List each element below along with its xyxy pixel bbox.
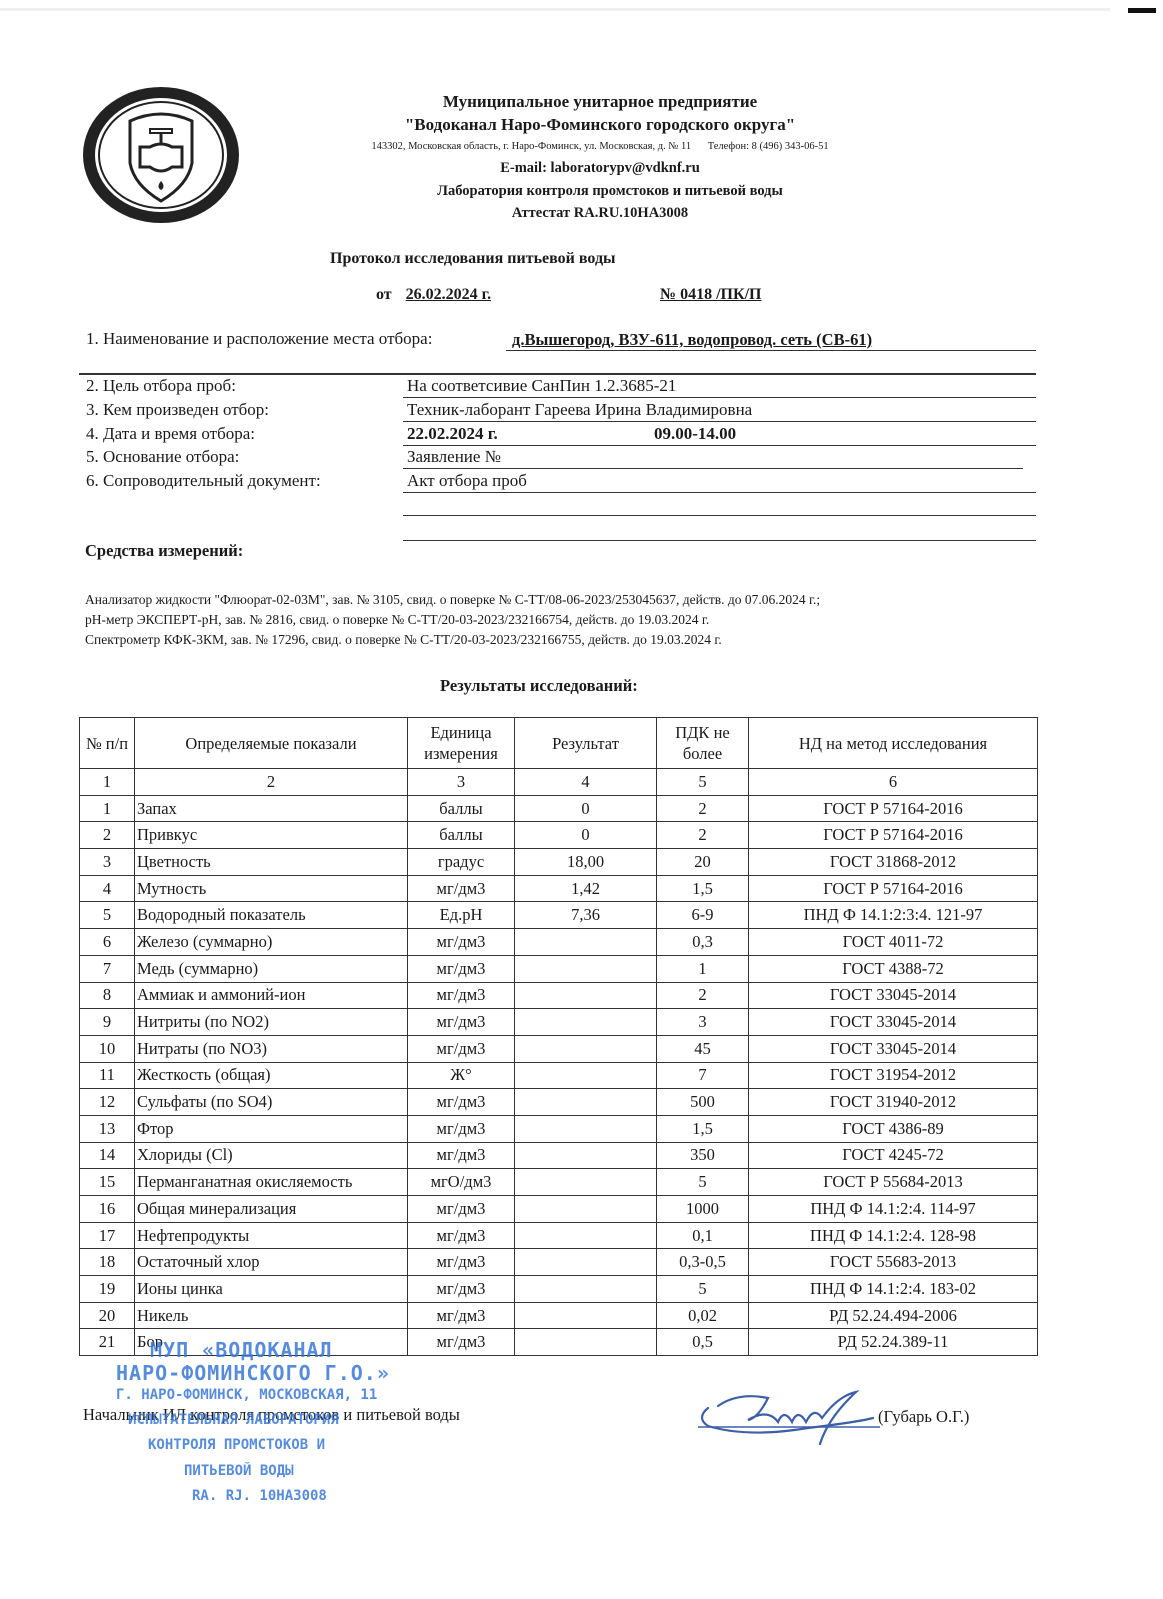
- unit: мг/дм3: [408, 929, 515, 956]
- stamp-text: ПИТЬЕВОЙ ВОДЫ: [184, 1463, 294, 1479]
- table-row: 4Мутностьмг/дм31,421,5ГОСТ Р 57164-2016: [80, 875, 1038, 902]
- unit: баллы: [408, 822, 515, 849]
- result-value: [515, 1249, 657, 1276]
- unit: мг/дм3: [408, 1249, 515, 1276]
- parameter-name: Медь (суммарно): [135, 955, 408, 982]
- result-value: [515, 1329, 657, 1356]
- unit: мг/дм3: [408, 1009, 515, 1036]
- row-number: 14: [80, 1142, 135, 1169]
- parameter-name: Привкус: [135, 822, 408, 849]
- table-row: 11Жесткость (общая)Ж°7ГОСТ 31954-2012: [80, 1062, 1038, 1089]
- limit-value: 45: [657, 1035, 749, 1062]
- col-header-result: Результат: [515, 718, 657, 769]
- method-standard: ГОСТ Р 55684-2013: [749, 1169, 1038, 1196]
- parameter-name: Общая минерализация: [135, 1196, 408, 1223]
- field-label-sampler: 3. Кем произведен отбор:: [86, 400, 269, 420]
- results-table: № п/п Определяемые показали Единица изме…: [79, 717, 1038, 1356]
- method-standard: РД 52.24.389-11: [749, 1329, 1038, 1356]
- row-number: 12: [80, 1089, 135, 1116]
- row-number: 7: [80, 955, 135, 982]
- method-standard: ПНД Ф 14.1:2:4. 114-97: [749, 1196, 1038, 1223]
- method-standard: ГОСТ 4386-89: [749, 1115, 1038, 1142]
- unit: баллы: [408, 795, 515, 822]
- field-underline: [403, 421, 1036, 422]
- method-standard: РД 52.24.494-2006: [749, 1302, 1038, 1329]
- limit-value: 500: [657, 1089, 749, 1116]
- limit-value: 2: [657, 822, 749, 849]
- result-value: [515, 1196, 657, 1223]
- col-header-method: НД на метод исследования: [749, 718, 1038, 769]
- sampling-place-label: 1. Наименование и расположение места отб…: [86, 329, 432, 349]
- field-underline: [506, 350, 1036, 351]
- measurement-instrument: pH-метр ЭКСПЕРТ-pH, зав. № 2816, свид. о…: [85, 610, 820, 630]
- field-label-basis: 5. Основание отбора:: [86, 447, 239, 467]
- parameter-name: Ионы цинка: [135, 1276, 408, 1303]
- field-value-purpose: На соответсивие СанПин 1.2.3685-21: [407, 376, 676, 396]
- stamp-text: КОНТРОЛЯ ПРОМСТОКОВ И: [148, 1437, 325, 1453]
- org-phone: Телефон: 8 (496) 343-06-51: [708, 141, 829, 152]
- field-value-document: Акт отбора проб: [407, 471, 527, 491]
- parameter-name: Жесткость (общая): [135, 1062, 408, 1089]
- method-standard: ГОСТ 33045-2014: [749, 1035, 1038, 1062]
- field-label-purpose: 2. Цель отбора проб:: [86, 376, 236, 396]
- measurement-means-title: Средства измерений:: [85, 541, 243, 561]
- result-value: [515, 1169, 657, 1196]
- method-standard: ГОСТ 31954-2012: [749, 1062, 1038, 1089]
- result-value: [515, 1089, 657, 1116]
- org-address: 143302, Московская область, г. Наро-Фоми…: [371, 141, 691, 152]
- result-value: [515, 1302, 657, 1329]
- org-email: E-mail: laboratorypv@vdknf.ru: [290, 160, 910, 177]
- parameter-name: Мутность: [135, 875, 408, 902]
- row-number: 17: [80, 1222, 135, 1249]
- unit: мг/дм3: [408, 1302, 515, 1329]
- column-number: 3: [408, 769, 515, 796]
- unit: мг/дм3: [408, 1035, 515, 1062]
- stamp-text: НАРО-ФОМИНСКОГО Г.О.»: [116, 1361, 390, 1385]
- result-value: [515, 1142, 657, 1169]
- row-number: 18: [80, 1249, 135, 1276]
- row-number: 19: [80, 1276, 135, 1303]
- table-row: 2Привкусбаллы02ГОСТ Р 57164-2016: [80, 822, 1038, 849]
- unit: Ж°: [408, 1062, 515, 1089]
- col-header-limit: ПДК не более: [657, 718, 749, 769]
- limit-value: 5: [657, 1276, 749, 1303]
- column-number: 6: [749, 769, 1038, 796]
- field-label-datetime: 4. Дата и время отбора:: [86, 424, 255, 444]
- table-row: 9Нитриты (по NO2)мг/дм33ГОСТ 33045-2014: [80, 1009, 1038, 1036]
- col-header-unit: Единица измерения: [408, 718, 515, 769]
- column-number: 1: [80, 769, 135, 796]
- result-value: 18,00: [515, 849, 657, 876]
- field-underline: [79, 373, 1036, 375]
- col-header-number: № п/п: [80, 718, 135, 769]
- protocol-date-line: от 26.02.2024 г.: [376, 286, 491, 304]
- limit-value: 0,1: [657, 1222, 749, 1249]
- method-standard: ГОСТ 33045-2014: [749, 982, 1038, 1009]
- field-underline: [403, 445, 1036, 446]
- table-row: 18Остаточный хлормг/дм30,3-0,5ГОСТ 55683…: [80, 1249, 1038, 1276]
- table-row: 3Цветностьградус18,0020ГОСТ 31868-2012: [80, 849, 1038, 876]
- table-header-row: № п/п Определяемые показали Единица изме…: [80, 718, 1038, 769]
- stamp-text: Г. НАРО-ФОМИНСК, МОСКОВСКАЯ, 11: [116, 1387, 377, 1403]
- result-value: [515, 955, 657, 982]
- protocol-title: Протокол исследования питьевой воды: [330, 250, 616, 268]
- sampling-place-value: д.Вышегород, ВЗУ-611, водопровод. сеть (…: [512, 330, 872, 350]
- unit: мг/дм3: [408, 1276, 515, 1303]
- limit-value: 0,5: [657, 1329, 749, 1356]
- parameter-name: Водородный показатель: [135, 902, 408, 929]
- result-value: 0: [515, 795, 657, 822]
- column-number: 2: [135, 769, 408, 796]
- table-row: 10Нитраты (по NO3)мг/дм345ГОСТ 33045-201…: [80, 1035, 1038, 1062]
- unit: мг/дм3: [408, 1196, 515, 1223]
- unit: мгО/дм3: [408, 1169, 515, 1196]
- field-label-document: 6. Сопроводительный документ:: [86, 471, 321, 491]
- limit-value: 1: [657, 955, 749, 982]
- date-prefix: от: [376, 286, 392, 303]
- parameter-name: Цветность: [135, 849, 408, 876]
- measurement-instrument: Спектрометр КФК-3КМ, зав. № 17296, свид.…: [85, 630, 820, 650]
- limit-value: 20: [657, 849, 749, 876]
- field-value-date: 22.02.2024 г.: [407, 424, 498, 444]
- table-row: 12Сульфаты (по SO4)мг/дм3500ГОСТ 31940-2…: [80, 1089, 1038, 1116]
- row-number: 2: [80, 822, 135, 849]
- parameter-name: Запах: [135, 795, 408, 822]
- parameter-name: Нитраты (по NO3): [135, 1035, 408, 1062]
- field-underline: [403, 492, 1036, 493]
- table-row: 1Запахбаллы02ГОСТ Р 57164-2016: [80, 795, 1038, 822]
- unit: мг/дм3: [408, 982, 515, 1009]
- unit: мг/дм3: [408, 1115, 515, 1142]
- row-number: 11: [80, 1062, 135, 1089]
- stamp-text: RA. RJ. 10HA3008: [192, 1488, 327, 1504]
- unit: мг/дм3: [408, 955, 515, 982]
- unit: мг/дм3: [408, 1222, 515, 1249]
- result-value: 1,42: [515, 875, 657, 902]
- measurement-instrument: Анализатор жидкости "Флюорат-02-03М", за…: [85, 590, 820, 610]
- limit-value: 1000: [657, 1196, 749, 1223]
- field-underline: [403, 397, 1036, 398]
- row-number: 8: [80, 982, 135, 1009]
- table-row: 13Фтормг/дм31,5ГОСТ 4386-89: [80, 1115, 1038, 1142]
- row-number: 3: [80, 849, 135, 876]
- limit-value: 350: [657, 1142, 749, 1169]
- unit: Ед.рН: [408, 902, 515, 929]
- method-standard: ГОСТ 55683-2013: [749, 1249, 1038, 1276]
- stamp-text: ИСПЫТАТЕЛЬНАЯ ЛАБОРАТОРИЯ: [128, 1412, 339, 1428]
- parameter-name: Никель: [135, 1302, 408, 1329]
- result-value: [515, 1222, 657, 1249]
- field-underline: [403, 468, 1023, 469]
- measurement-means-list: Анализатор жидкости "Флюорат-02-03М", за…: [85, 590, 820, 650]
- table-row: 15Перманганатная окисляемостьмгО/дм35ГОС…: [80, 1169, 1038, 1196]
- signatory-name: (Губарь О.Г.): [878, 1407, 969, 1427]
- method-standard: ГОСТ 4388-72: [749, 955, 1038, 982]
- method-standard: ГОСТ Р 57164-2016: [749, 822, 1038, 849]
- limit-value: 7: [657, 1062, 749, 1089]
- row-number: 9: [80, 1009, 135, 1036]
- org-address-line: 143302, Московская область, г. Наро-Фоми…: [290, 141, 910, 152]
- result-value: [515, 929, 657, 956]
- row-number: 21: [80, 1329, 135, 1356]
- certificate: Аттестат RA.RU.10НА3008: [290, 205, 910, 222]
- result-value: [515, 1035, 657, 1062]
- parameter-name: Нитриты (по NO2): [135, 1009, 408, 1036]
- limit-value: 0,02: [657, 1302, 749, 1329]
- column-number: 5: [657, 769, 749, 796]
- parameter-name: Сульфаты (по SO4): [135, 1089, 408, 1116]
- protocol-number: № 0418 /ПК/П: [660, 286, 761, 304]
- result-value: [515, 1062, 657, 1089]
- limit-value: 6-9: [657, 902, 749, 929]
- result-value: 0: [515, 822, 657, 849]
- method-standard: ПНД Ф 14.1:2:4. 128-98: [749, 1222, 1038, 1249]
- parameter-name: Нефтепродукты: [135, 1222, 408, 1249]
- limit-value: 3: [657, 1009, 749, 1036]
- result-value: [515, 982, 657, 1009]
- column-number-row: 1 2 3 4 5 6: [80, 769, 1038, 796]
- column-number: 4: [515, 769, 657, 796]
- scan-corner-mark: [1128, 8, 1156, 13]
- row-number: 10: [80, 1035, 135, 1062]
- field-value-basis: Заявление №: [407, 447, 501, 467]
- row-number: 16: [80, 1196, 135, 1223]
- field-underline: [403, 515, 1036, 516]
- method-standard: ГОСТ 4011-72: [749, 929, 1038, 956]
- method-standard: ГОСТ 33045-2014: [749, 1009, 1038, 1036]
- result-value: 7,36: [515, 902, 657, 929]
- unit: мг/дм3: [408, 875, 515, 902]
- parameter-name: Перманганатная окисляемость: [135, 1169, 408, 1196]
- field-value-time: 09.00-14.00: [654, 424, 736, 444]
- col-header-parameter: Определяемые показали: [135, 718, 408, 769]
- result-value: [515, 1009, 657, 1036]
- unit: мг/дм3: [408, 1089, 515, 1116]
- result-value: [515, 1276, 657, 1303]
- method-standard: ГОСТ Р 57164-2016: [749, 795, 1038, 822]
- row-number: 1: [80, 795, 135, 822]
- results-title: Результаты исследований:: [440, 676, 638, 696]
- row-number: 15: [80, 1169, 135, 1196]
- row-number: 20: [80, 1302, 135, 1329]
- limit-value: 0,3-0,5: [657, 1249, 749, 1276]
- method-standard: ГОСТ 31940-2012: [749, 1089, 1038, 1116]
- table-row: 19Ионы цинкамг/дм35ПНД Ф 14.1:2:4. 183-0…: [80, 1276, 1038, 1303]
- table-row: 6Железо (суммарно)мг/дм30,3ГОСТ 4011-72: [80, 929, 1038, 956]
- field-value-sampler: Техник-лаборант Гареева Ирина Владимиров…: [407, 400, 752, 420]
- method-standard: ГОСТ Р 57164-2016: [749, 875, 1038, 902]
- parameter-name: Железо (суммарно): [135, 929, 408, 956]
- table-row: 7Медь (суммарно)мг/дм31ГОСТ 4388-72: [80, 955, 1038, 982]
- method-standard: ПНД Ф 14.1:2:3:4. 121-97: [749, 902, 1038, 929]
- unit: мг/дм3: [408, 1142, 515, 1169]
- parameter-name: Аммиак и аммоний-ион: [135, 982, 408, 1009]
- row-number: 13: [80, 1115, 135, 1142]
- results-table-body: 1Запахбаллы02ГОСТ Р 57164-20162Привкусба…: [80, 795, 1038, 1355]
- parameter-name: Фтор: [135, 1115, 408, 1142]
- parameter-name: Остаточный хлор: [135, 1249, 408, 1276]
- table-row: 5Водородный показательЕд.рН7,366-9ПНД Ф …: [80, 902, 1038, 929]
- scan-edge: [0, 8, 1110, 11]
- row-number: 6: [80, 929, 135, 956]
- method-standard: ГОСТ 31868-2012: [749, 849, 1038, 876]
- table-row: 16Общая минерализациямг/дм31000ПНД Ф 14.…: [80, 1196, 1038, 1223]
- row-number: 4: [80, 875, 135, 902]
- stamp-text: МУП «ВОДОКАНАЛ: [150, 1338, 333, 1362]
- table-row: 17Нефтепродуктымг/дм30,1ПНД Ф 14.1:2:4. …: [80, 1222, 1038, 1249]
- method-standard: ПНД Ф 14.1:2:4. 183-02: [749, 1276, 1038, 1303]
- org-name-line1: Муниципальное унитарное предприятие: [290, 92, 910, 112]
- parameter-name: Хлориды (Cl): [135, 1142, 408, 1169]
- limit-value: 5: [657, 1169, 749, 1196]
- field-underline: [403, 540, 1036, 541]
- limit-value: 1,5: [657, 875, 749, 902]
- org-name-line2: "Водоканал Наро-Фоминского городского ок…: [290, 115, 910, 135]
- limit-value: 1,5: [657, 1115, 749, 1142]
- method-standard: ГОСТ 4245-72: [749, 1142, 1038, 1169]
- water-valve-shield-icon: [80, 85, 242, 225]
- signature-icon: [688, 1378, 888, 1458]
- table-row: 14Хлориды (Cl)мг/дм3350ГОСТ 4245-72: [80, 1142, 1038, 1169]
- table-row: 20Никельмг/дм30,02РД 52.24.494-2006: [80, 1302, 1038, 1329]
- protocol-date: 26.02.2024 г.: [406, 286, 491, 303]
- limit-value: 2: [657, 795, 749, 822]
- result-value: [515, 1115, 657, 1142]
- row-number: 5: [80, 902, 135, 929]
- table-row: 8Аммиак и аммоний-ионмг/дм32ГОСТ 33045-2…: [80, 982, 1038, 1009]
- limit-value: 2: [657, 982, 749, 1009]
- unit: мг/дм3: [408, 1329, 515, 1356]
- lab-name: Лаборатория контроля промстоков и питьев…: [300, 183, 920, 200]
- limit-value: 0,3: [657, 929, 749, 956]
- unit: градус: [408, 849, 515, 876]
